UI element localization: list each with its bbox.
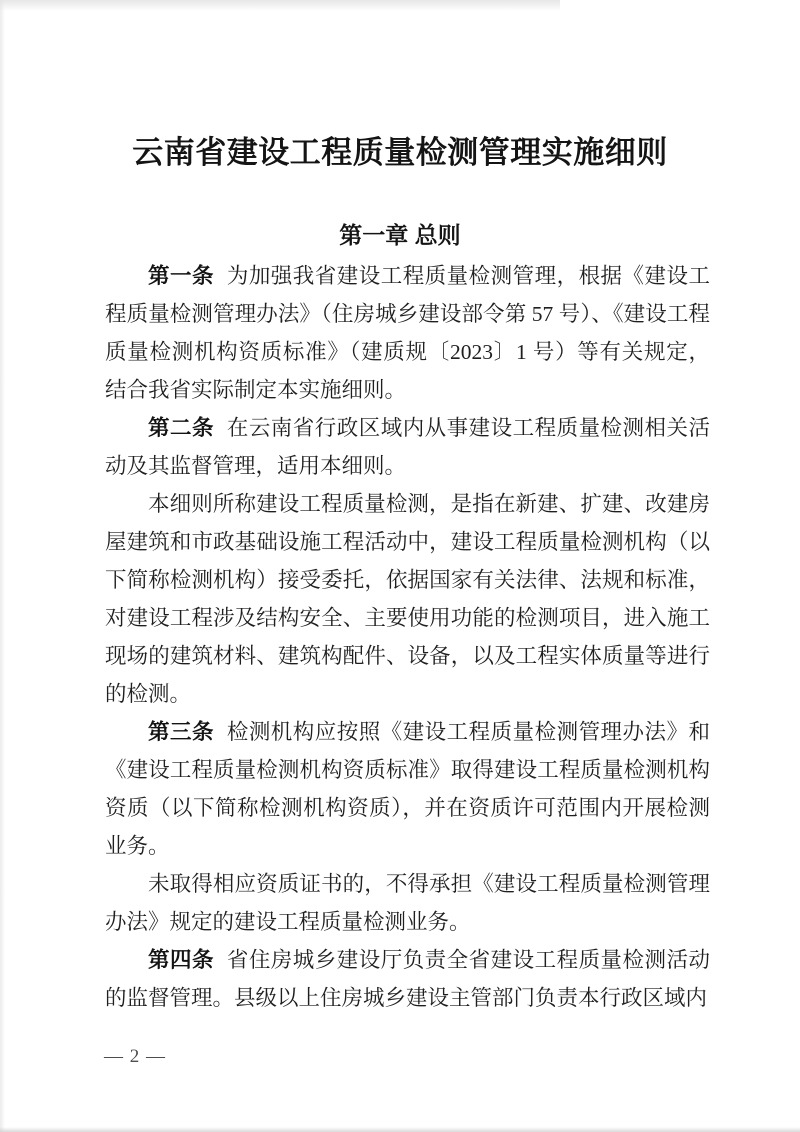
paragraph: 未取得相应资质证书的，不得承担《建设工程质量检测管理办法》规定的建设工程质量检测… xyxy=(105,865,710,941)
paragraph-lead: 第三条 xyxy=(148,720,214,744)
paragraph: 第一条为加强我省建设工程质量检测管理，根据《建设工程质量检测管理办法》（住房城乡… xyxy=(105,257,710,409)
scan-edge-top xyxy=(0,0,560,11)
scan-edge-bottom xyxy=(0,1127,800,1132)
paragraph: 第三条检测机构应按照《建设工程质量检测管理办法》和《建设工程质量检测机构资质标准… xyxy=(105,713,710,865)
chapter-heading: 第一章 总则 xyxy=(0,217,800,250)
paragraph-lead: 第二条 xyxy=(148,416,214,440)
paragraph-lead: 第四条 xyxy=(148,948,214,972)
paragraph-text: 本细则所称建设工程质量检测，是指在新建、扩建、改建房屋建筑和市政基础设施工程活动… xyxy=(105,492,710,706)
page-number: — 2 — xyxy=(104,1046,166,1068)
paragraph: 本细则所称建设工程质量检测，是指在新建、扩建、改建房屋建筑和市政基础设施工程活动… xyxy=(105,485,710,713)
document-page: 云南省建设工程质量检测管理实施细则 第一章 总则 第一条为加强我省建设工程质量检… xyxy=(0,0,800,1132)
paragraph-lead: 第一条 xyxy=(148,264,214,288)
document-body: 第一条为加强我省建设工程质量检测管理，根据《建设工程质量检测管理办法》（住房城乡… xyxy=(105,257,710,1017)
paragraph: 第四条省住房城乡建设厅负责全省建设工程质量检测活动的监督管理。县级以上住房城乡建… xyxy=(105,941,710,1017)
paragraph: 第二条在云南省行政区域内从事建设工程质量检测相关活动及其监督管理，适用本细则。 xyxy=(105,409,710,485)
scan-edge-left xyxy=(0,0,5,1132)
document-title: 云南省建设工程质量检测管理实施细则 xyxy=(0,0,800,172)
paragraph-text: 未取得相应资质证书的，不得承担《建设工程质量检测管理办法》规定的建设工程质量检测… xyxy=(105,872,710,934)
